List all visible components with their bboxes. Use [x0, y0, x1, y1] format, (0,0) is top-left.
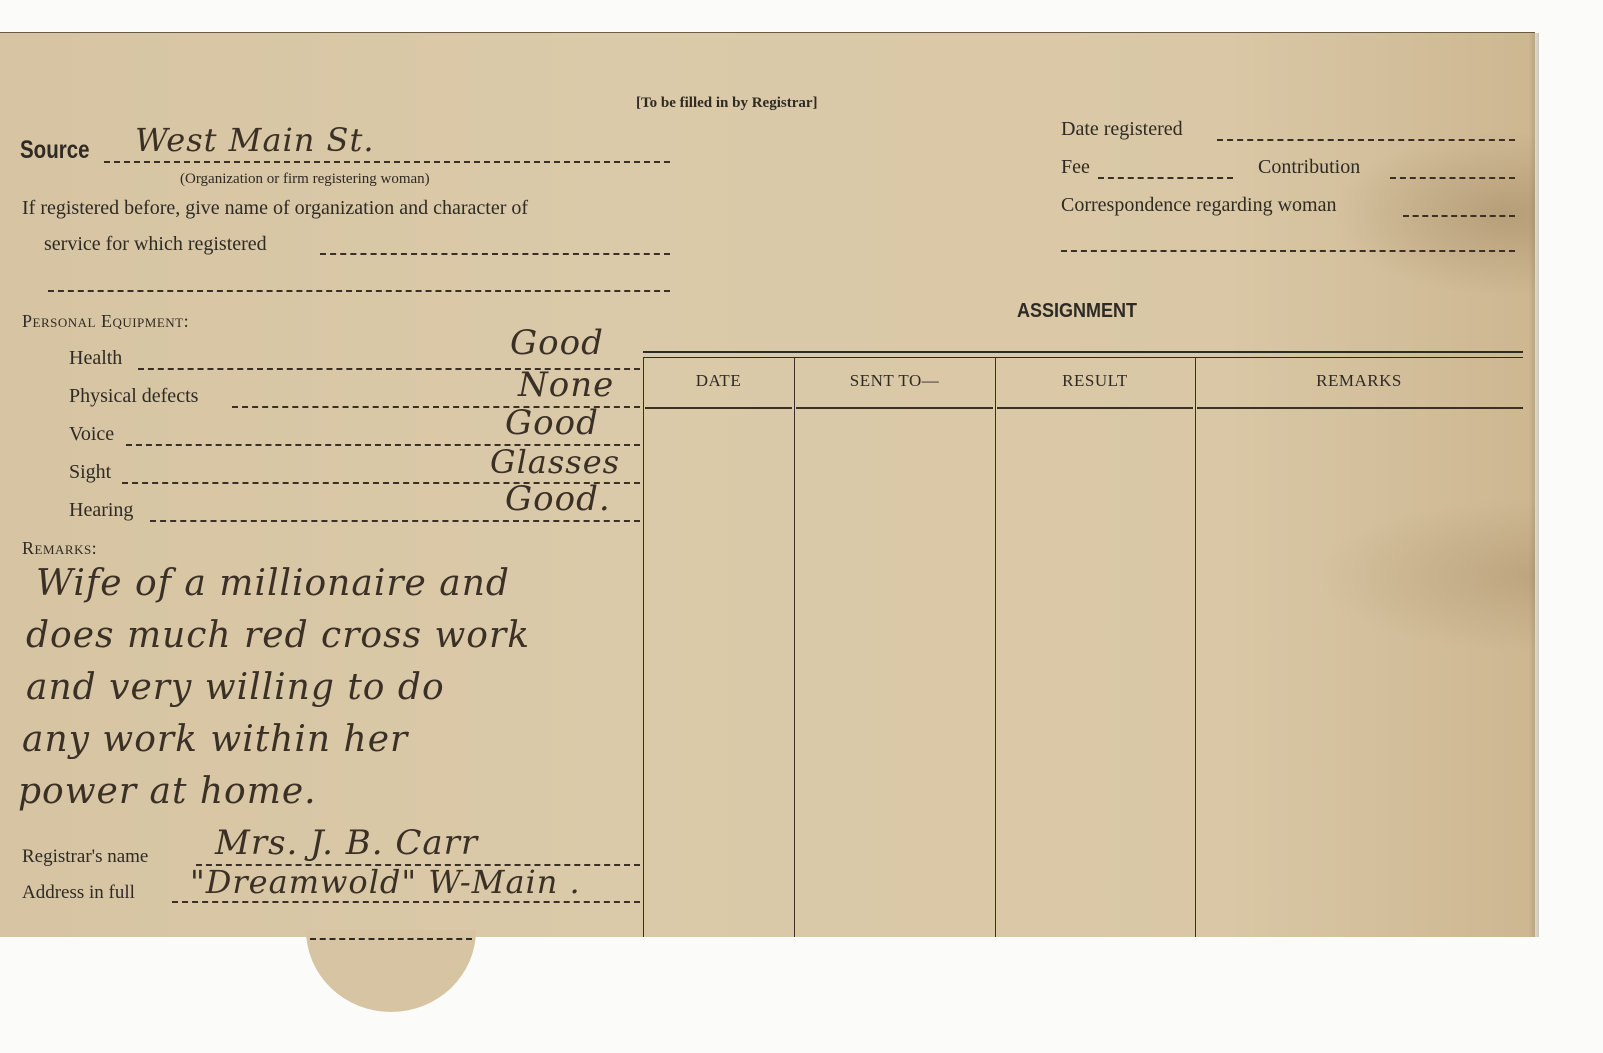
health-value[interactable]: Good: [510, 323, 604, 363]
registered-before-prompt-2: service for which registered: [44, 233, 267, 256]
hearing-line: [150, 520, 640, 522]
personal-equipment-heading: Personal Equipment:: [22, 311, 189, 332]
remarks-column-cell[interactable]: [1195, 409, 1523, 937]
remarks-line-2[interactable]: does much red cross work: [26, 615, 530, 656]
health-label: Health: [69, 347, 122, 370]
registration-card: [To be filled in by Registrar] Source We…: [0, 32, 1535, 937]
assignment-title: ASSIGNMENT: [1017, 300, 1137, 323]
column-header-result: RESULT: [995, 371, 1195, 391]
tab-dashed-line: [310, 938, 472, 940]
voice-label: Voice: [69, 423, 114, 446]
card-index-tab: [306, 930, 476, 1012]
source-label: Source: [20, 136, 90, 165]
remarks-line-5[interactable]: power at home.: [18, 771, 317, 812]
registrar-name-label: Registrar's name: [22, 846, 148, 868]
correspondence-field-2[interactable]: [1061, 250, 1515, 252]
registered-before-line-2[interactable]: [48, 290, 670, 292]
registered-before-prompt: If registered before, give name of organ…: [22, 197, 528, 220]
registered-before-line[interactable]: [320, 253, 670, 255]
source-line: [104, 161, 670, 163]
address-line: [172, 901, 640, 903]
date-registered-label: Date registered: [1061, 118, 1183, 141]
fee-label: Fee: [1061, 156, 1090, 179]
column-header-remarks: REMARKS: [1195, 371, 1523, 391]
fee-field[interactable]: [1098, 177, 1233, 179]
result-column-cell[interactable]: [995, 409, 1195, 937]
remarks-line-4[interactable]: any work within her: [22, 719, 408, 760]
hearing-value[interactable]: Good.: [505, 479, 611, 519]
date-column-cell[interactable]: [643, 409, 794, 937]
table-top-rule: [643, 351, 1523, 358]
physical-defects-value[interactable]: None: [518, 365, 614, 405]
sent-to-column-cell[interactable]: [794, 409, 995, 937]
sight-label: Sight: [69, 461, 111, 484]
address-value[interactable]: "Dreamwold" W-Main .: [190, 863, 581, 901]
source-caption: (Organization or firm registering woman): [180, 171, 430, 188]
source-value[interactable]: West Main St.: [135, 121, 374, 159]
voice-value[interactable]: Good: [505, 403, 599, 443]
hearing-label: Hearing: [69, 499, 133, 522]
column-header-sent-to: SENT TO—: [794, 371, 995, 391]
column-header-date: DATE: [643, 371, 794, 391]
remarks-line-1[interactable]: Wife of a millionaire and: [36, 563, 510, 604]
contribution-label: Contribution: [1258, 156, 1360, 179]
remarks-line-3[interactable]: and very willing to do: [26, 667, 445, 708]
address-label: Address in full: [22, 882, 135, 904]
sight-value[interactable]: Glasses: [490, 443, 620, 481]
assignment-table: DATE SENT TO— RESULT REMARKS: [643, 351, 1523, 937]
registrar-note: [To be filled in by Registrar]: [636, 95, 818, 112]
date-registered-field[interactable]: [1217, 139, 1515, 141]
contribution-field[interactable]: [1390, 177, 1515, 179]
correspondence-label: Correspondence regarding woman: [1061, 194, 1336, 217]
correspondence-field[interactable]: [1403, 215, 1515, 217]
remarks-heading: Remarks:: [22, 538, 97, 559]
registrar-name-value[interactable]: Mrs. J. B. Carr: [215, 823, 478, 863]
physical-defects-label: Physical defects: [69, 385, 198, 408]
